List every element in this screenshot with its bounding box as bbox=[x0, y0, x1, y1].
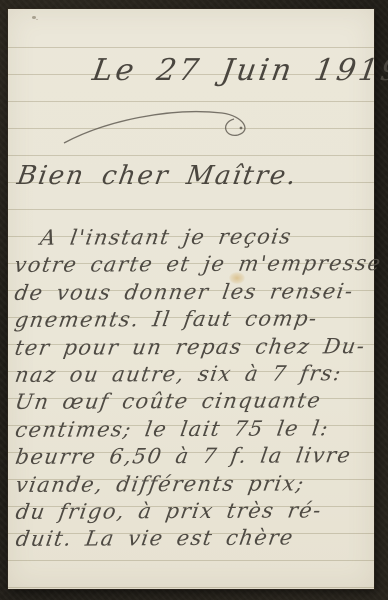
paper-speck bbox=[32, 16, 36, 19]
body-line: centimes; le lait 75 le l: bbox=[13, 415, 372, 444]
letter-photograph: Le 27 Juin 1919. Bien cher Maître. A l'i… bbox=[0, 0, 388, 600]
date-text: Le 27 Juin 1919. bbox=[90, 53, 388, 88]
body-line: beurre 6,50 à 7 f. la livre bbox=[13, 442, 372, 471]
body-line: de vous donner les rensei- bbox=[12, 278, 371, 307]
body-line: votre carte et je m'empresse bbox=[12, 250, 371, 279]
salutation-text: Bien cher Maître. bbox=[15, 161, 300, 191]
body-line: naz ou autre, six à 7 frs: bbox=[13, 360, 372, 389]
body-line: gnements. Il faut comp- bbox=[13, 305, 372, 334]
salutation-line: Bien cher Maître. bbox=[15, 161, 295, 191]
body-line: Un œuf coûte cinquante bbox=[13, 387, 372, 416]
date-line: Le 27 Juin 1919. bbox=[90, 53, 388, 88]
body-line: duit. La vie est chère bbox=[14, 524, 373, 553]
body-line: A l'instant je reçois bbox=[12, 223, 371, 252]
letter-body: A l'instant je reçois votre carte et je … bbox=[12, 223, 373, 554]
body-line: viande, différents prix; bbox=[13, 470, 372, 499]
date-flourish-stroke bbox=[50, 101, 290, 149]
stain-spot bbox=[229, 272, 245, 284]
body-line: du frigo, à prix très ré- bbox=[14, 497, 373, 526]
body-line: ter pour un repas chez Du- bbox=[13, 333, 372, 362]
letter-paper: Le 27 Juin 1919. Bien cher Maître. A l'i… bbox=[8, 9, 374, 589]
